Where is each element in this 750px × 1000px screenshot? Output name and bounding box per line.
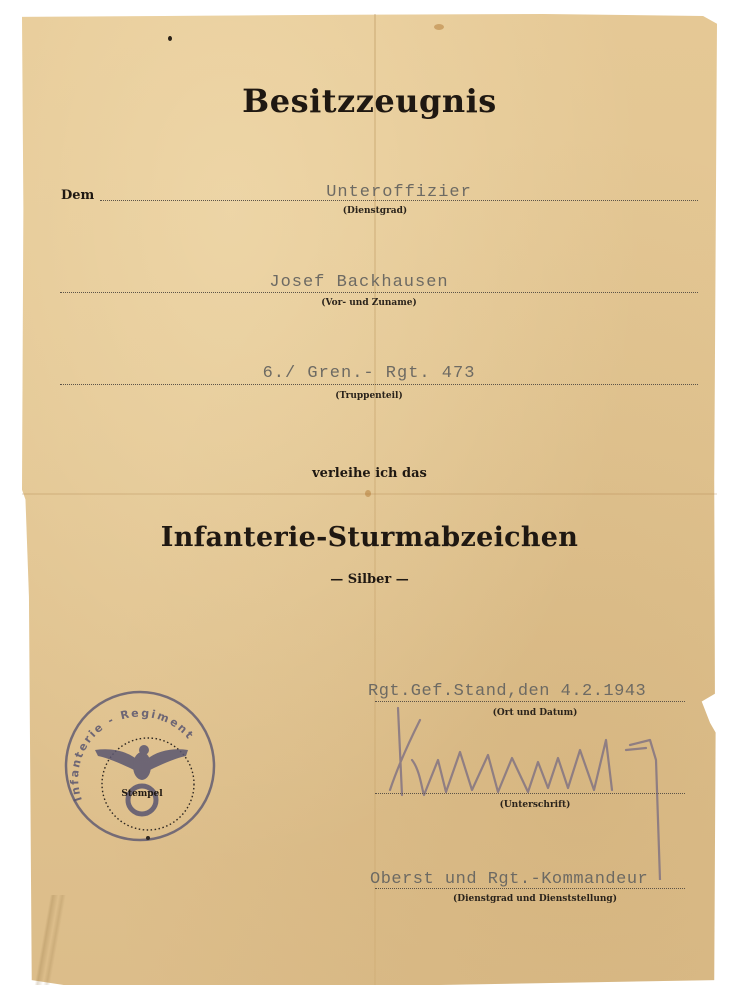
signer-position-value: Oberst und Rgt.-Kommandeur bbox=[370, 870, 648, 889]
bottom-left-corner-fold bbox=[28, 895, 68, 985]
stamp-center-label: Stempel bbox=[121, 789, 163, 799]
recipient-prefix: Dem bbox=[61, 188, 94, 203]
award-grade: — Silber — bbox=[22, 572, 717, 587]
rank-value: Unteroffizier bbox=[100, 183, 698, 202]
handwritten-signature bbox=[380, 700, 700, 880]
place-date-value: Rgt.Gef.Stand,den 4.2.1943 bbox=[368, 682, 646, 701]
vertical-fold-crease bbox=[374, 14, 376, 985]
paper-stain bbox=[434, 24, 444, 30]
document-title: Besitzzeugnis bbox=[22, 82, 717, 120]
award-name: Infanterie-Sturmabzeichen bbox=[22, 522, 717, 553]
name-label: (Vor- und Zuname) bbox=[60, 298, 678, 308]
dotted-line bbox=[60, 384, 698, 385]
eagle-emblem-icon bbox=[95, 745, 188, 814]
dotted-line bbox=[60, 292, 698, 293]
award-intro: verleihe ich das bbox=[22, 466, 717, 481]
unit-label: (Truppenteil) bbox=[60, 391, 678, 401]
name-value: Josef Backhausen bbox=[60, 273, 658, 292]
signature-label: (Unterschrift) bbox=[380, 800, 690, 810]
ink-speck bbox=[168, 36, 172, 41]
unit-value: 6./ Gren.- Rgt. 473 bbox=[60, 364, 678, 383]
regimental-stamp: Infanterie - Regiment Stempel bbox=[60, 688, 220, 843]
paper-stain bbox=[365, 490, 371, 497]
signer-position-label: (Dienstgrad und Dienststellung) bbox=[380, 894, 690, 904]
rank-label: (Dienstgrad) bbox=[100, 206, 650, 216]
dotted-line bbox=[375, 793, 685, 794]
